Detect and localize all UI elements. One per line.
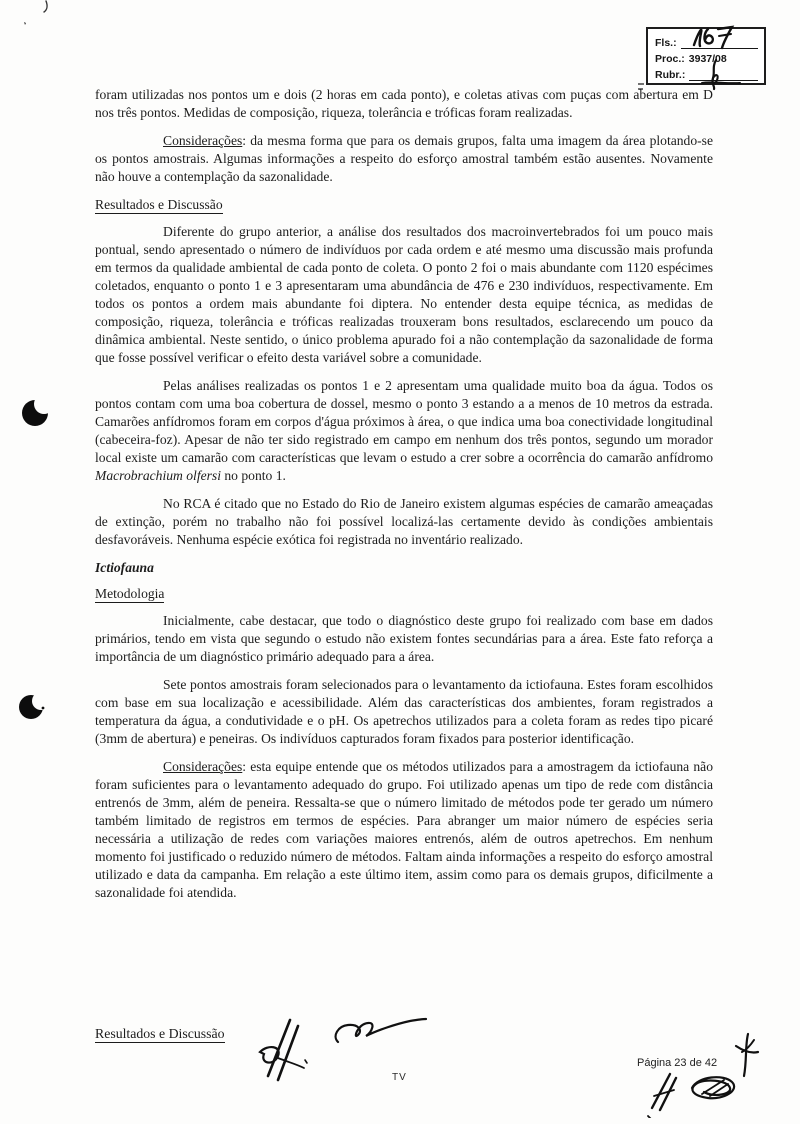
- pelas-text: Pelas análises realizadas os pontos 1 e …: [95, 378, 713, 465]
- rubr-label: Rubr.:: [655, 69, 685, 81]
- consideracoes-2-label: Considerações: [163, 759, 242, 774]
- consideracoes-1-label: Considerações: [163, 133, 242, 148]
- heading-resultados-discussao-2: Resultados e Discussão: [95, 1026, 225, 1042]
- handwritten-initials-icon: [242, 1014, 320, 1084]
- heading-resultados-discussao-1: Resultados e Discussão: [95, 196, 713, 214]
- stamp-box: Fls.: Proc.: 3937/08 Rubr.: 467: [646, 27, 766, 85]
- paragraph-pelas-analises: Pelas análises realizadas os pontos 1 e …: [95, 377, 713, 485]
- heading-metodologia: Metodologia: [95, 585, 713, 603]
- consideracoes-2-text: : esta equipe entende que os métodos uti…: [95, 759, 713, 900]
- heading-ictiofauna: Ictiofauna: [95, 559, 713, 577]
- paragraph-continuation: foram utilizadas nos pontos um e dois (2…: [95, 86, 713, 122]
- footer-initials: TV: [392, 1072, 407, 1083]
- handwritten-check-mark-icon: [730, 1032, 764, 1078]
- handwritten-fls-number-icon: 467: [688, 21, 756, 51]
- paragraph-inicialmente: Inicialmente, cabe destacar, que todo o …: [95, 612, 713, 666]
- paragraph-diferente: Diferente do grupo anterior, a análise d…: [95, 223, 713, 367]
- scan-artifact-crescent-2: [16, 692, 50, 724]
- scanned-document-page: Fls.: Proc.: 3937/08 Rubr.: 467: [0, 0, 800, 1124]
- paragraph-sete-pontos: Sete pontos amostrais foram selecionados…: [95, 676, 713, 748]
- scan-speck-marks: [18, 0, 62, 30]
- paragraph-rca: No RCA é citado que no Estado do Rio de …: [95, 495, 713, 549]
- handwritten-flourish-icon: [330, 1010, 430, 1054]
- proc-label: Proc.:: [655, 53, 685, 65]
- document-body: foram utilizadas nos pontos um e dois (2…: [95, 86, 713, 912]
- species-name-italic: Macrobrachium olfersi: [95, 468, 221, 483]
- fls-label: Fls.:: [655, 37, 677, 49]
- paragraph-consideracoes-1: Considerações: da mesma forma que para o…: [95, 132, 713, 186]
- paragraph-consideracoes-2: Considerações: esta equipe entende que o…: [95, 758, 713, 902]
- scan-artifact-crescent-1: [18, 396, 54, 430]
- pelas-text-end: no ponto 1.: [221, 468, 286, 483]
